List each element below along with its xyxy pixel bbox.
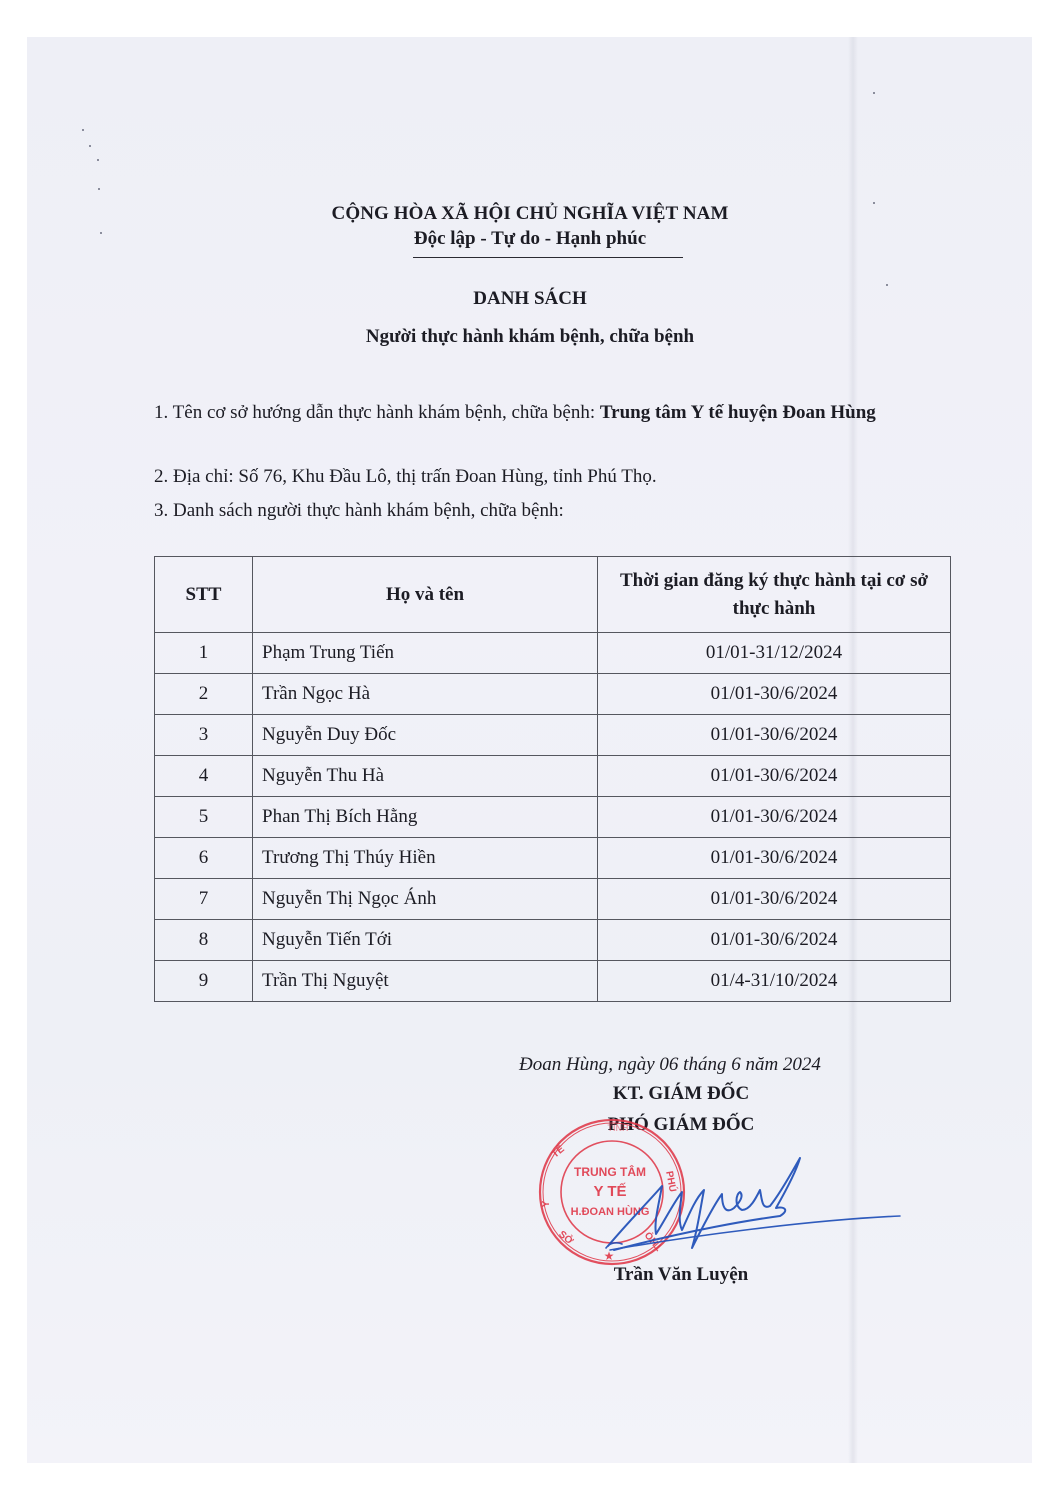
row-time: 01/01-30/6/2024 [598,797,951,838]
list-intro-paragraph: 3. Danh sách người thực hành khám bệnh, … [154,498,944,524]
document-title: DANH SÁCH [0,288,1060,310]
row-name: Nguyễn Duy Đốc [253,715,598,756]
row-name: Nguyễn Tiến Tới [253,920,598,961]
row-stt: 9 [155,961,253,1002]
row-stt: 2 [155,674,253,715]
table-row: 1Phạm Trung Tiến01/01-31/12/2024 [155,633,951,674]
row-stt: 5 [155,797,253,838]
row-time: 01/01-30/6/2024 [598,715,951,756]
table-header-row: STT Họ và tên Thời gian đăng ký thực hàn… [155,557,951,633]
row-name: Nguyễn Thị Ngọc Ánh [253,879,598,920]
scan-speck [82,129,84,131]
signer-name: Trần Văn Luyện [440,1264,900,1286]
header-name: Họ và tên [253,557,598,633]
row-time: 01/4-31/10/2024 [598,961,951,1002]
svg-text:TẾ: TẾ [549,1142,567,1160]
svg-text:Y: Y [541,1200,552,1207]
svg-text:TỈNH: TỈNH [608,1122,629,1133]
facility-name: Trung tâm Y tế huyện Đoan Hùng [600,402,876,423]
scan-speck [873,92,875,94]
row-name: Trần Thị Nguyệt [253,961,598,1002]
table-row: 4Nguyễn Thu Hà01/01-30/6/2024 [155,756,951,797]
facility-name-paragraph: 1. Tên cơ sở hướng dẫn thực hành khám bệ… [154,400,944,426]
table-row: 3Nguyễn Duy Đốc01/01-30/6/2024 [155,715,951,756]
row-time: 01/01-30/6/2024 [598,879,951,920]
table-row: 7Nguyễn Thị Ngọc Ánh01/01-30/6/2024 [155,879,951,920]
header-time: Thời gian đăng ký thực hành tại cơ sở th… [598,557,951,633]
document-subtitle: Người thực hành khám bệnh, chữa bệnh [0,326,1060,348]
row-name: Nguyễn Thu Hà [253,756,598,797]
row-name: Trương Thị Thúy Hiền [253,838,598,879]
table-row: 9Trần Thị Nguyệt01/4-31/10/2024 [155,961,951,1002]
scan-speck [97,159,99,161]
row-stt: 3 [155,715,253,756]
row-time: 01/01-31/12/2024 [598,633,951,674]
signer-role-line1: KT. GIÁM ĐỐC [440,1083,900,1105]
row-stt: 1 [155,633,253,674]
facility-label: 1. Tên cơ sở hướng dẫn thực hành khám bệ… [154,402,600,423]
practitioner-table: STT Họ và tên Thời gian đăng ký thực hàn… [154,556,951,1002]
address-paragraph: 2. Địa chỉ: Số 76, Khu Đầu Lô, thị trấn … [154,464,944,490]
row-name: Trần Ngọc Hà [253,674,598,715]
scan-speck [98,188,100,190]
place-and-date: Đoan Hùng, ngày 06 tháng 6 năm 2024 [440,1054,900,1076]
scan-speck [886,284,888,286]
table-row: 5Phan Thị Bích Hằng01/01-30/6/2024 [155,797,951,838]
row-time: 01/01-30/6/2024 [598,920,951,961]
row-time: 01/01-30/6/2024 [598,756,951,797]
scan-speck [89,145,91,147]
row-name: Phạm Trung Tiến [253,633,598,674]
row-stt: 4 [155,756,253,797]
table-row: 8Nguyễn Tiến Tới01/01-30/6/2024 [155,920,951,961]
motto-underline [413,257,683,258]
table-row: 2Trần Ngọc Hà01/01-30/6/2024 [155,674,951,715]
row-time: 01/01-30/6/2024 [598,838,951,879]
row-stt: 8 [155,920,253,961]
row-time: 01/01-30/6/2024 [598,674,951,715]
row-stt: 7 [155,879,253,920]
handwritten-signature-icon [570,1150,900,1260]
header-stt: STT [155,557,253,633]
nation-heading: CỘNG HÒA XÃ HỘI CHỦ NGHĨA VIỆT NAM [0,203,1060,225]
row-stt: 6 [155,838,253,879]
motto-heading: Độc lập - Tự do - Hạnh phúc [0,228,1060,250]
row-name: Phan Thị Bích Hằng [253,797,598,838]
table-row: 6Trương Thị Thúy Hiền01/01-30/6/2024 [155,838,951,879]
